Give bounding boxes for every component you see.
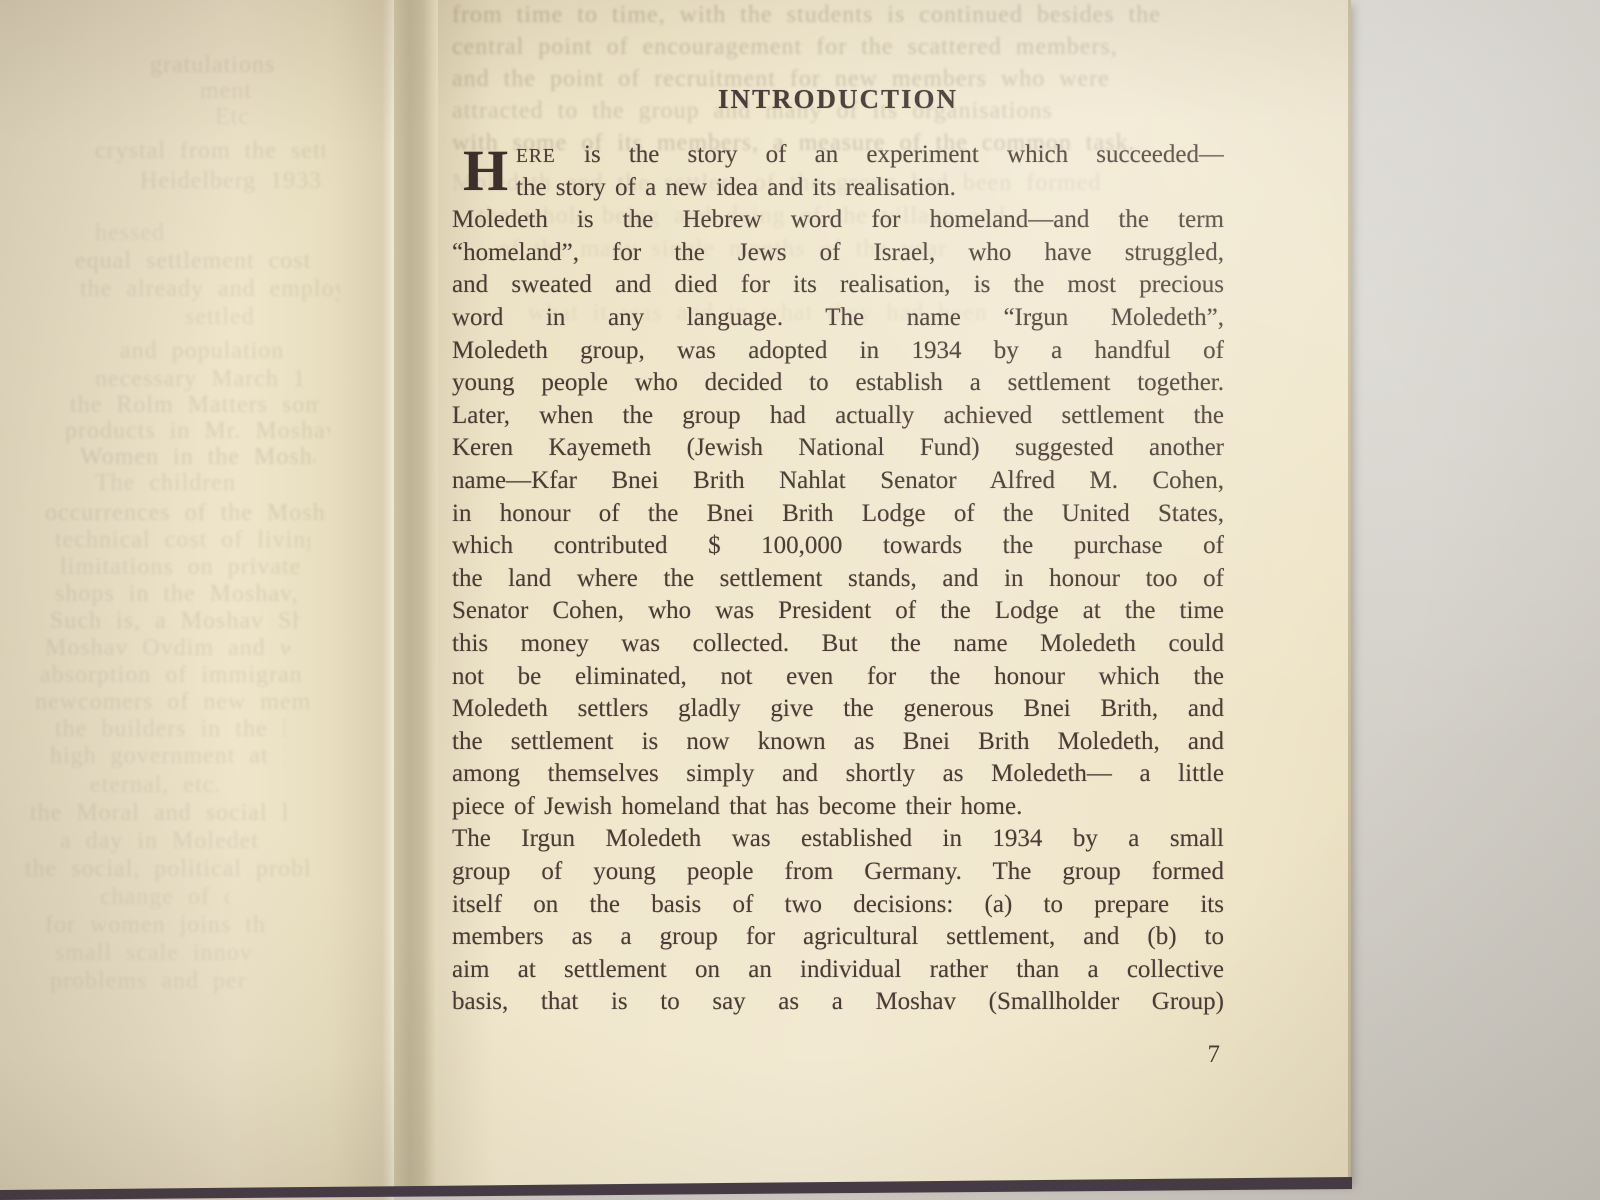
text-line: not be eliminated, not even for the hono… — [452, 661, 1224, 694]
ghost-text-line: the Moral and social life — [30, 800, 290, 827]
ghost-text-line: change of c — [100, 884, 230, 911]
ghost-text-line: hessed — [95, 220, 185, 247]
body-lines: Moledeth is the Hebrew word for homeland… — [452, 204, 1224, 1019]
page-title: INTRODUCTION — [452, 84, 1224, 115]
left-page-ghost-text: gratulationsmentEtccrystal from the sett… — [0, 0, 394, 1200]
text-line: itself on the basis of two decisions: (a… — [452, 889, 1224, 922]
ghost-text-line: and population — [120, 338, 300, 365]
text-line: members as a group for agricultural sett… — [452, 921, 1224, 954]
page-body: H ERE is the story of an experiment whic… — [452, 139, 1224, 1019]
text-line: this money was collected. But the name M… — [452, 628, 1224, 661]
text-line: basis, that is to say as a Moshav (Small… — [452, 986, 1224, 1019]
text-line: and sweated and died for its realisation… — [452, 269, 1224, 302]
text-line: Moledeth settlers gladly give the genero… — [452, 693, 1224, 726]
text-line: ERE is the story of an experiment which … — [452, 139, 1224, 172]
ghost-text-line: shops in the Moshav, R — [55, 581, 305, 608]
ghost-text-line: gratulations — [150, 52, 330, 79]
text-line: piece of Jewish homeland that has become… — [452, 791, 1224, 824]
ghost-text-line: Moshav Ovdim and wo — [45, 635, 290, 662]
book-photo: gratulationsmentEtccrystal from the sett… — [0, 0, 1600, 1200]
ghost-text-line: limitations on private — [60, 554, 300, 581]
ghost-text-line: The children — [95, 470, 245, 497]
page-number: 7 — [452, 1041, 1220, 1069]
text-line: “homeland”, for the Jews of Israel, who … — [452, 237, 1224, 270]
ghost-text-line: central point of encouragement for the s… — [452, 34, 1224, 61]
ghost-text-line: technical cost of living — [55, 527, 310, 554]
text-line-rest: is the story of an experiment which succ… — [556, 141, 1224, 168]
ghost-text-line: newcomers of new members — [35, 689, 310, 716]
text-line: Senator Cohen, who was President of the … — [452, 595, 1224, 628]
text-line: aim at settlement on an individual rathe… — [452, 954, 1224, 987]
ghost-text-line: crystal from the sett — [95, 138, 325, 165]
ghost-text-line: necessary March 1 — [95, 366, 305, 393]
text-line: among themselves simply and shortly as M… — [452, 758, 1224, 791]
right-page: from time to time, with the students is … — [438, 0, 1351, 1188]
left-page: gratulationsmentEtccrystal from the sett… — [0, 0, 394, 1200]
ghost-text-line: Such is, a Moshav Shit — [50, 608, 300, 635]
ghost-text-line: problems and per — [50, 968, 250, 995]
ghost-text-line: the builders in the M — [55, 716, 285, 743]
ghost-text-line: ment — [200, 78, 300, 105]
ghost-text-line: the already and employment — [80, 276, 340, 303]
ghost-text-line: eternal, etc. — [90, 772, 230, 799]
book-gutter — [394, 0, 438, 1192]
ghost-text-line: products in Mr. Moshav t — [65, 418, 330, 445]
text-line: the land where the settlement stands, an… — [452, 563, 1224, 596]
text-line: young people who decided to establish a … — [452, 367, 1224, 400]
text-line: Moledeth is the Hebrew word for homeland… — [452, 204, 1224, 237]
text-line: word in any language. The name “Irgun Mo… — [452, 302, 1224, 335]
ghost-text-line: high government at M — [50, 743, 285, 770]
ghost-text-line: the social, political problems — [25, 856, 310, 883]
dropcap-letter: H — [463, 143, 508, 199]
text-line: the story of a new idea and its realisat… — [452, 172, 1224, 205]
ghost-text-line: small scale innov — [55, 940, 255, 967]
text-line: which contributed $ 100,000 towards the … — [452, 530, 1224, 563]
text-line: Later, when the group had actually achie… — [452, 400, 1224, 433]
text-line: the settlement is now known as Bnei Brit… — [452, 726, 1224, 759]
ghost-text-line: occurrences of the Moshav — [45, 500, 325, 527]
text-line: in honour of the Bnei Brith Lodge of the… — [452, 498, 1224, 531]
text-line: The Irgun Moledeth was established in 19… — [452, 823, 1224, 856]
ghost-text-line: from time to time, with the students is … — [452, 2, 1224, 29]
text-line: Moledeth group, was adopted in 1934 by a… — [452, 335, 1224, 368]
smallcaps-text: ERE — [516, 146, 556, 167]
intro-paragraph: H ERE is the story of an experiment whic… — [452, 139, 1224, 204]
ghost-text-line: the Rolm Matters some — [70, 392, 320, 419]
ghost-text-line: equal settlement cost — [75, 248, 325, 275]
text-line: group of young people from Germany. The … — [452, 856, 1224, 889]
ghost-text-line: settled — [185, 304, 275, 331]
ghost-text-line: a day in Moledeth — [60, 828, 260, 855]
ghost-text-line: absorption of immigrants — [40, 662, 300, 689]
ghost-text-line: Women in the Moshav — [80, 444, 315, 471]
ghost-text-line: Etc — [215, 104, 275, 131]
text-line: name—Kfar Bnei Brith Nahlat Senator Alfr… — [452, 465, 1224, 498]
ghost-text-line: for women joins the — [45, 912, 265, 939]
text-line: Keren Kayemeth (Jewish National Fund) su… — [452, 432, 1224, 465]
ghost-text-line: Heidelberg 1933 — [140, 168, 330, 195]
